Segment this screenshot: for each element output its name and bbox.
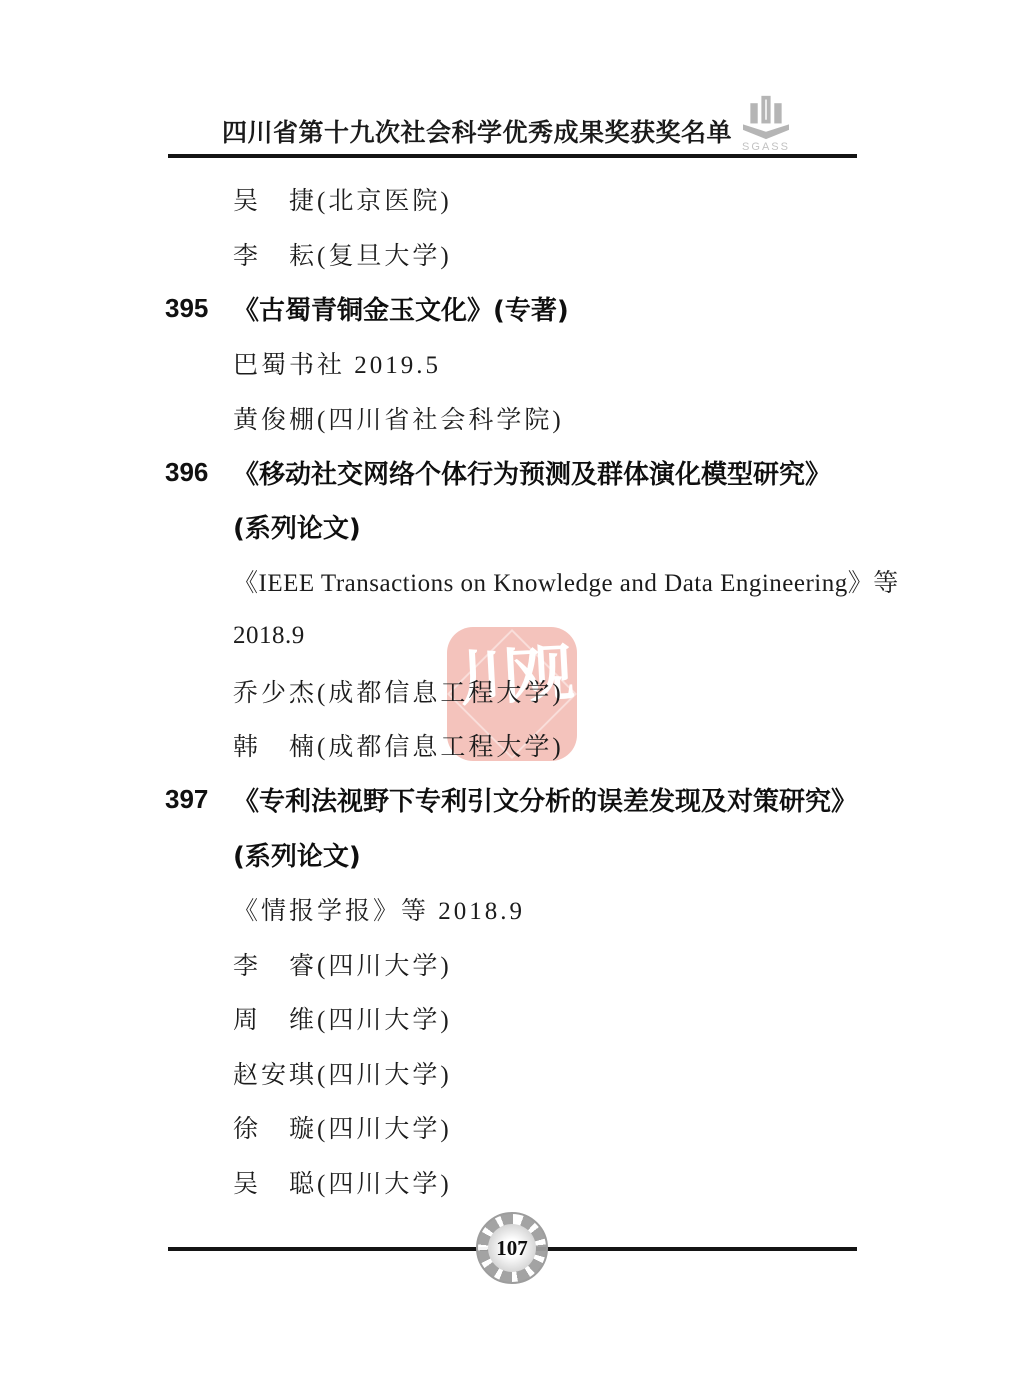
- author-text: 乔少杰(成都信息工程大学): [233, 673, 860, 709]
- author-text: 吴 捷(北京医院): [233, 181, 860, 217]
- award-list: 吴 捷(北京医院) 李 耘(复旦大学) 395 《古蜀青铜金玉文化》(专著) 巴…: [165, 172, 860, 1209]
- entry-title-continuation: (系列论文): [165, 827, 860, 882]
- entry-author-line: 周 维(四川大学): [165, 991, 860, 1046]
- work-title-text: 《专利法视野下专利引文分析的误差发现及对策研究》: [233, 781, 860, 818]
- author-text: 赵安琪(四川大学): [233, 1055, 860, 1091]
- entry-publisher-line: 巴蜀书社 2019.5: [165, 336, 860, 391]
- entry-author-line: 乔少杰(成都信息工程大学): [165, 663, 860, 718]
- work-title-text: 《移动社交网络个体行为预测及群体演化模型研究》: [233, 454, 860, 491]
- entry-author-line: 黄俊棚(四川省社会科学院): [165, 390, 860, 445]
- entry-number: 395: [165, 293, 233, 324]
- page-number-seal: 107: [476, 1212, 548, 1284]
- author-text: 徐 璇(四川大学): [233, 1109, 860, 1145]
- entry-title-line: 397 《专利法视野下专利引文分析的误差发现及对策研究》: [165, 773, 860, 828]
- sgass-logo-label: SGASS: [735, 141, 797, 153]
- date-text: 2018.9: [233, 622, 860, 650]
- work-type-text: (系列论文): [233, 836, 860, 873]
- entry-journal-line: 《IEEE Transactions on Knowledge and Data…: [165, 554, 860, 609]
- entry-date-line: 2018.9: [165, 609, 860, 664]
- author-text: 吴 聪(四川大学): [233, 1164, 860, 1200]
- entry-title-continuation: (系列论文): [165, 500, 860, 555]
- author-text: 李 耘(复旦大学): [233, 236, 860, 272]
- sgass-logo: SGASS: [735, 94, 797, 153]
- header-rule: [168, 154, 857, 158]
- journal-text: 《情报学报》等 2018.9: [233, 891, 860, 927]
- entry-journal-line: 《情报学报》等 2018.9: [165, 882, 860, 937]
- author-text: 黄俊棚(四川省社会科学院): [233, 400, 860, 436]
- entry-author-line: 吴 捷(北京医院): [165, 172, 860, 227]
- entry-title-line: 396 《移动社交网络个体行为预测及群体演化模型研究》: [165, 445, 860, 500]
- page-header-title: 四川省第十九次社会科学优秀成果奖获奖名单: [222, 113, 722, 149]
- author-text: 周 维(四川大学): [233, 1000, 860, 1036]
- author-text: 韩 楠(成都信息工程大学): [233, 727, 860, 763]
- page-number: 107: [478, 1214, 546, 1282]
- entry-number: 396: [165, 457, 233, 488]
- entry-author-line: 李 睿(四川大学): [165, 936, 860, 991]
- entry-author-line: 徐 璇(四川大学): [165, 1100, 860, 1155]
- work-title-text: 《古蜀青铜金玉文化》(专著): [233, 290, 860, 327]
- entry-author-line: 赵安琪(四川大学): [165, 1046, 860, 1101]
- journal-text: 《IEEE Transactions on Knowledge and Data…: [233, 563, 899, 599]
- document-page: 四川省第十九次社会科学优秀成果奖获奖名单 SGASS 川观 吴 捷(北京医院) …: [0, 0, 1024, 1380]
- entry-number: 397: [165, 784, 233, 815]
- entry-title-line: 395 《古蜀青铜金玉文化》(专著): [165, 281, 860, 336]
- work-type-text: (系列论文): [233, 508, 860, 545]
- entry-author-line: 李 耘(复旦大学): [165, 227, 860, 282]
- building-book-icon: [735, 94, 797, 140]
- entry-author-line: 吴 聪(四川大学): [165, 1155, 860, 1210]
- author-text: 李 睿(四川大学): [233, 946, 860, 982]
- entry-author-line: 韩 楠(成都信息工程大学): [165, 718, 860, 773]
- publisher-text: 巴蜀书社 2019.5: [233, 345, 860, 381]
